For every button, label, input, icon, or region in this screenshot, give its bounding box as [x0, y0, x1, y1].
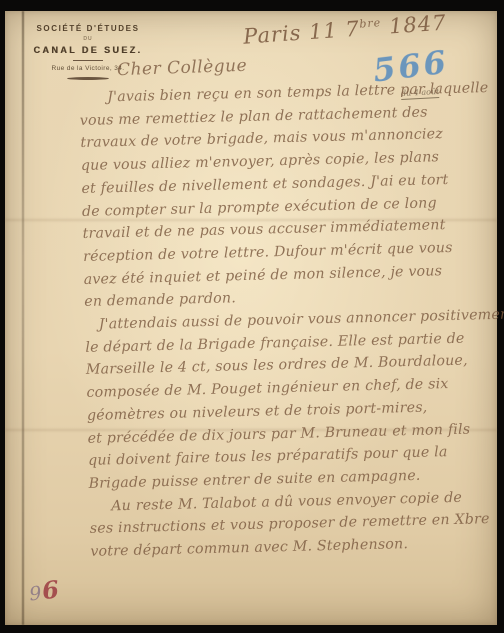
letterhead-canal-de-suez: CANAL DE SUEZ. [27, 45, 149, 55]
handwritten-dateline: Paris 11 7bre 1847 [242, 7, 493, 48]
corner-folio-number: 96 [28, 575, 61, 607]
dateline-superscript: bre [359, 16, 382, 30]
salutation: Cher Collègue [117, 56, 248, 81]
letterhead-society-name: SOCIÉTÉ D'ÉTUDES [27, 24, 149, 33]
dateline-year: 1847 [381, 11, 448, 39]
photo-backdrop: SOCIÉTÉ D'ÉTUDES DU CANAL DE SUEZ. Rue d… [0, 0, 504, 633]
ornament-rule-swelled [67, 77, 109, 80]
ornament-rule-thin [73, 60, 103, 61]
letterhead-du: DU [27, 36, 149, 42]
letter-body: J'avais bien reçu en son temps la lettre… [79, 77, 504, 564]
folio-digit-grey: 9 [28, 582, 42, 605]
vertical-fold-crease [22, 11, 24, 625]
letter-page: SOCIÉTÉ D'ÉTUDES DU CANAL DE SUEZ. Rue d… [5, 11, 497, 625]
dateline-prefix: Paris 11 7 [242, 17, 360, 49]
folio-digit-red: 6 [41, 575, 61, 606]
